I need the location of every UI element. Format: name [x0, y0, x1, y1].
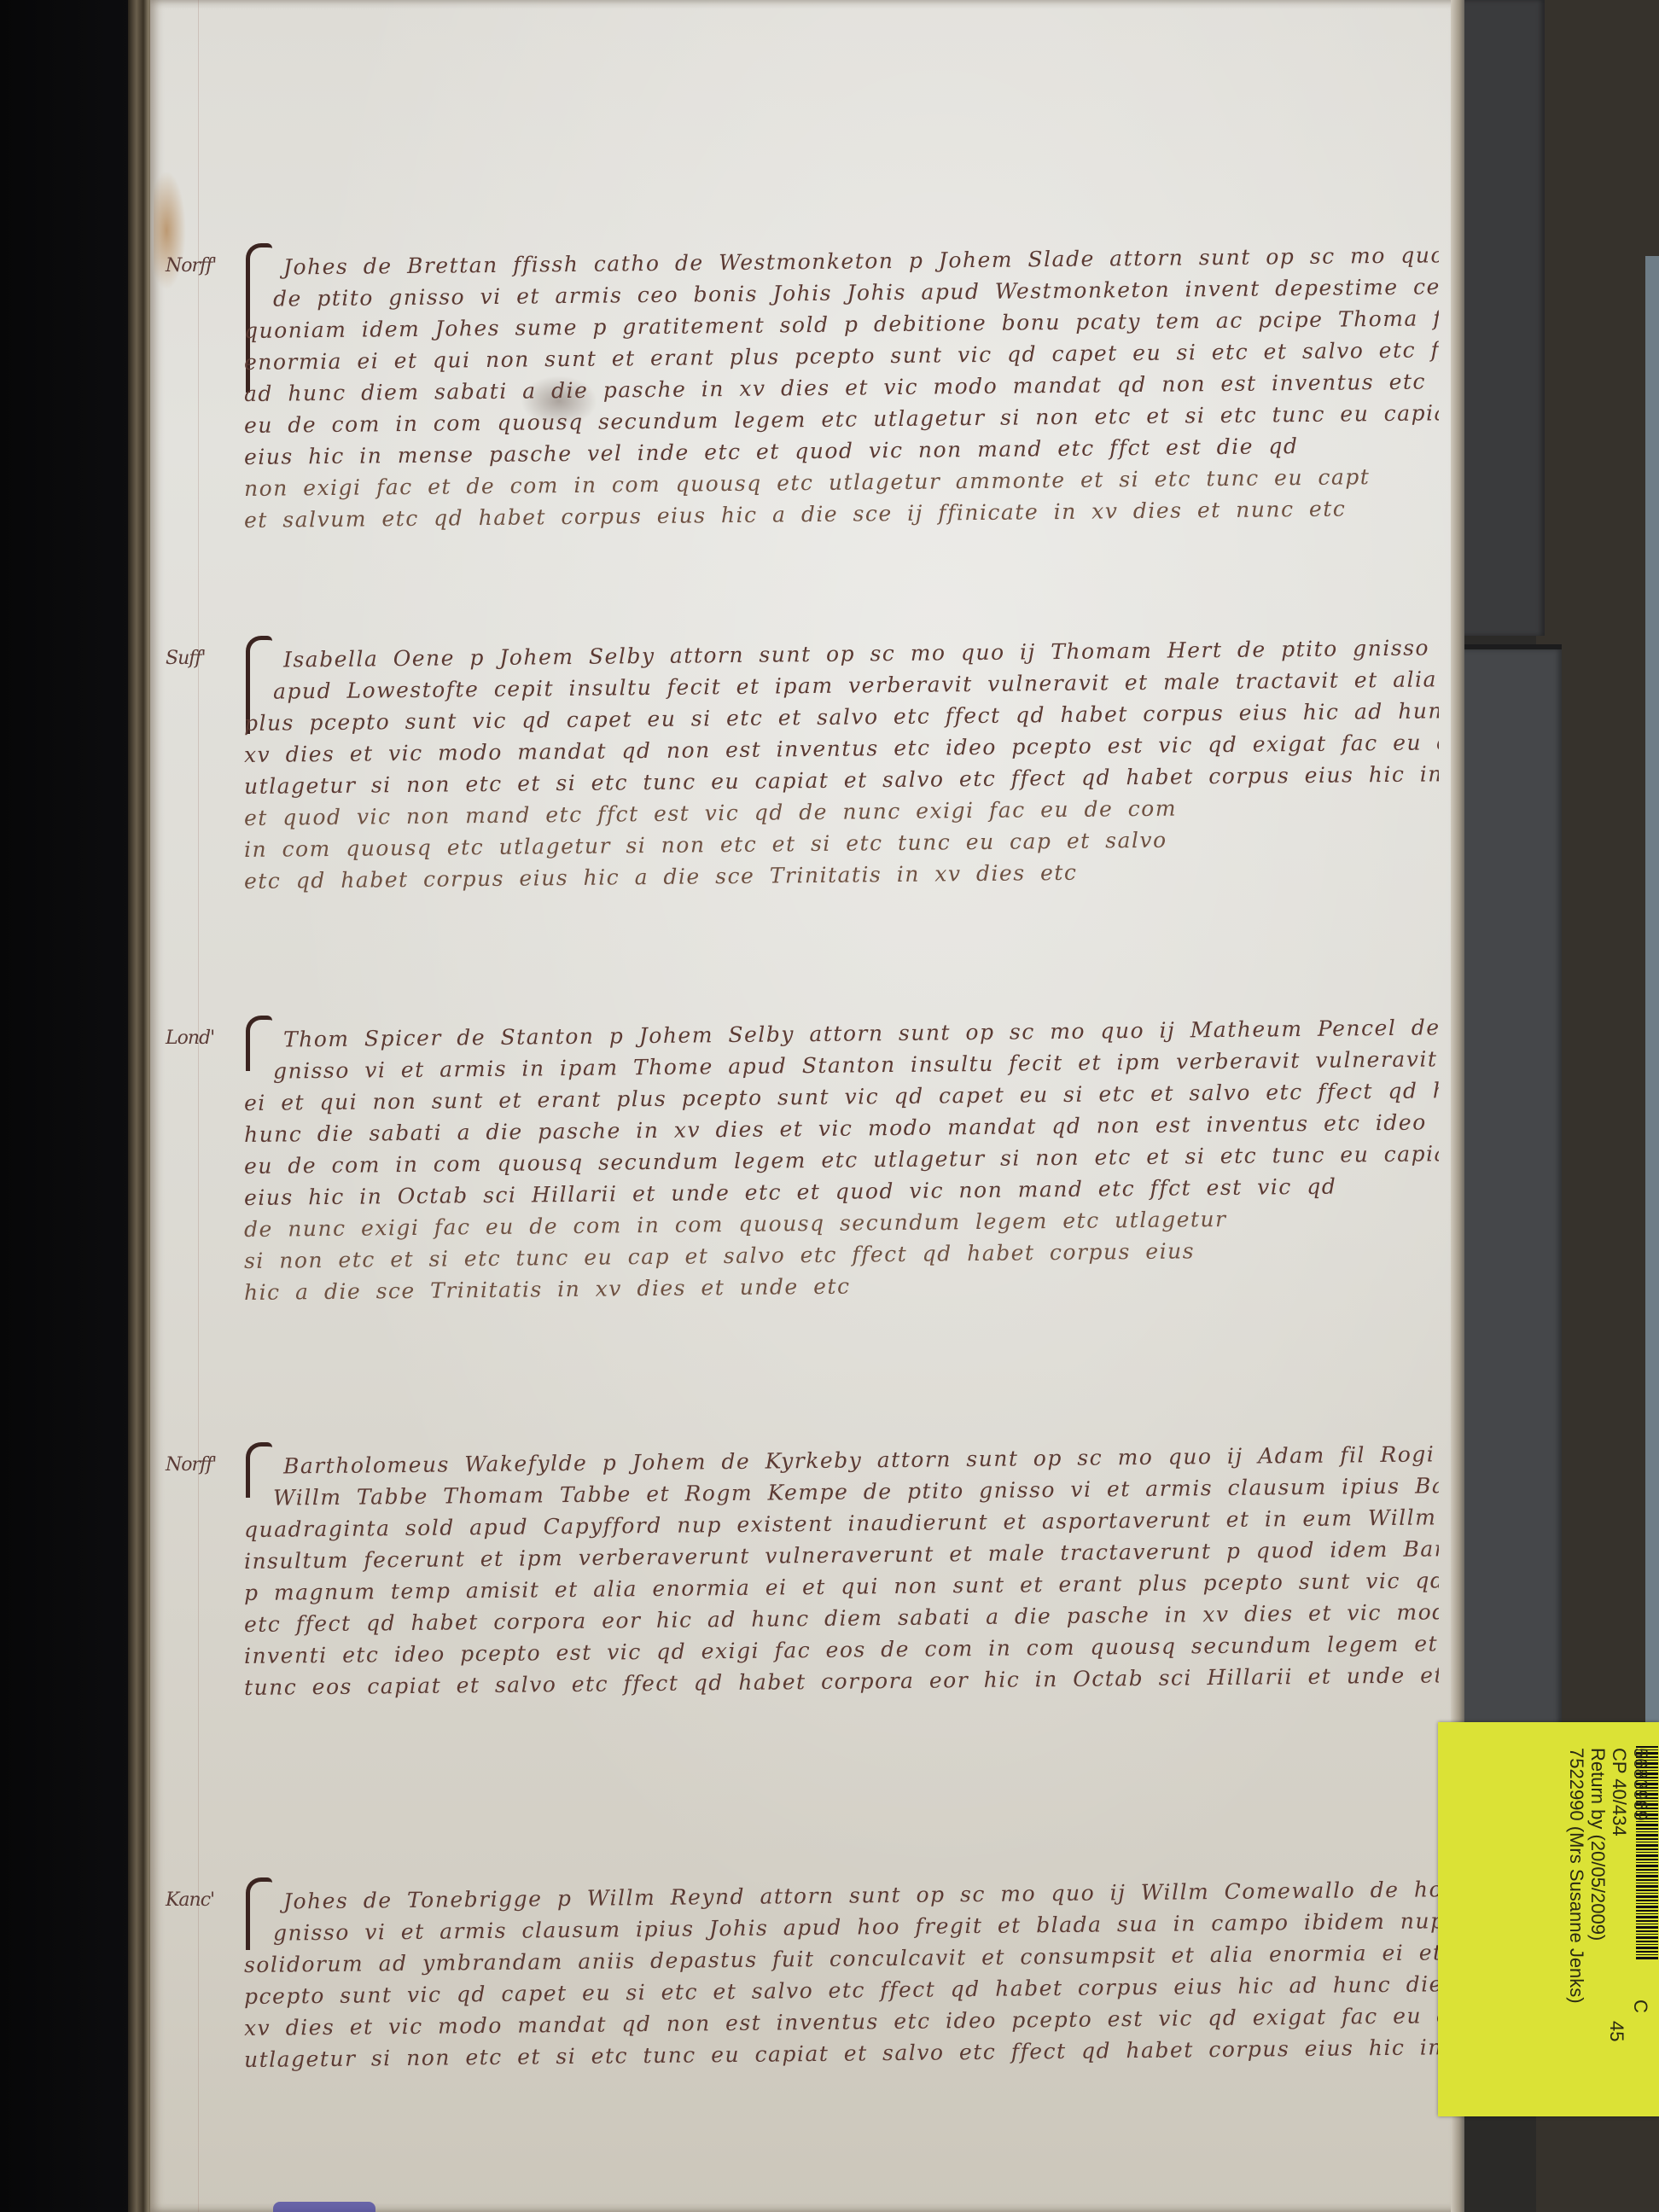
- support-board-middle: [1455, 644, 1562, 1776]
- entry-text: Johes de Brettan ffissh catho de Westmon…: [244, 252, 1439, 536]
- slip-text-block: 5683969 CP 40/434 Return by (20/05/2009)…: [1566, 1748, 1651, 2115]
- entry-text: Isabella Oene p Johem Selby attorn sunt …: [244, 644, 1439, 897]
- photo-stage: Norff' Johes de Brettan ffissh catho de …: [0, 0, 1659, 2212]
- slip-piece-number: 45: [1605, 2021, 1627, 2041]
- next-page-ink-blot: [273, 2202, 375, 2212]
- slip-request-number: 5683969: [1630, 1748, 1651, 2115]
- county-margin-note: Kanc': [166, 1889, 214, 1911]
- entry-text: Johes de Tonebrigge p Willm Reynd attorn…: [244, 1886, 1439, 2075]
- backdrop-edge: [1645, 256, 1659, 1963]
- county-margin-note: Suff': [166, 648, 206, 669]
- slip-reader: 7522990 (Mrs Susanne Jenks): [1566, 1748, 1587, 2115]
- slip-document-reference: CP 40/434: [1609, 1748, 1630, 2115]
- support-board-upper: [1455, 0, 1545, 636]
- county-margin-note: Lond': [166, 1027, 214, 1049]
- slip-corner-glyph: C: [1629, 2000, 1651, 2013]
- entry-text: Thom Spicer de Stanton p Johem Selby att…: [244, 1024, 1439, 1308]
- slip-return-date: Return by (20/05/2009): [1587, 1748, 1609, 2115]
- county-margin-note: Norff': [166, 1454, 216, 1476]
- county-margin-note: Norff': [166, 255, 216, 276]
- entry-text: Bartholomeus Wakefylde p Johem de Kyrkeb…: [244, 1451, 1439, 1703]
- archive-request-slip: 5683969 CP 40/434 Return by (20/05/2009)…: [1438, 1722, 1659, 2116]
- margin-ruling-line: [198, 0, 199, 2212]
